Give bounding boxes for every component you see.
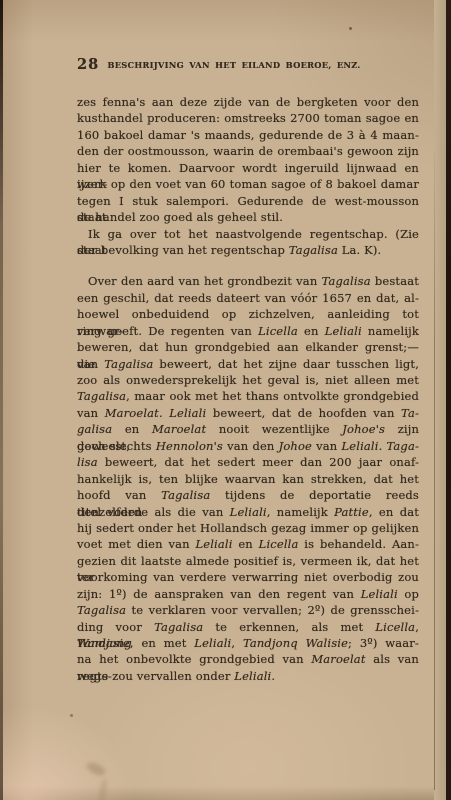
paragraph: zes fenna's aan deze zijde van de bergke… <box>77 94 419 226</box>
text-line: hoewel onbeduidend op zichzelven, aanlei… <box>77 306 419 322</box>
page-edge-band <box>434 0 446 800</box>
page-header: 28 BESCHRIJVING VAN HET EILAND BOEROE, E… <box>77 56 419 74</box>
text-line: tegen I stuk salempori. Gedurende de wes… <box>77 193 419 209</box>
page-right-edge <box>446 0 451 800</box>
text-line: een geschil, dat reeds dateert van vóór … <box>77 290 419 306</box>
text-line: beweren, dat hun grondgebied aan elkande… <box>77 339 419 355</box>
page-left-edge <box>0 0 3 800</box>
text-line: lisa beweert, dat het sedert meer dan 20… <box>77 454 419 470</box>
paragraph: Ik ga over tot het naastvolgende regents… <box>77 226 419 259</box>
text-line: hier te komen. Daarvoor wordt ingeruild … <box>77 160 419 176</box>
ink-speck <box>349 27 352 30</box>
text-line: Tagalisa, maar ook met het thans ontvolk… <box>77 388 419 404</box>
running-title: BESCHRIJVING VAN HET EILAND BOEROE, ENZ. <box>103 60 419 70</box>
text-line: kusthandel produceren: omstreeks 2700 to… <box>77 110 419 126</box>
text-line: zoo als onwedersprekelijk het geval is, … <box>77 372 419 388</box>
text-line: na het onbevolkte grondgebied van Maroel… <box>77 651 419 667</box>
text-line: ding voor Tagalisa te erkennen, als met … <box>77 619 419 635</box>
text-line: Over den aard van het grondbezit van Tag… <box>77 273 419 289</box>
ink-speck <box>70 714 73 717</box>
text-line: der bevolking van het regentschap Tagali… <box>77 242 419 258</box>
paragraph: Over den aard van het grondbezit van Tag… <box>77 273 419 684</box>
text-line: van Maroelat. Leliali beweert, dat de ho… <box>77 405 419 421</box>
text-line: wege zou vervallen onder Leliali. <box>77 668 419 684</box>
text-line: hankelijk is, ten blijke waarvan kan str… <box>77 471 419 487</box>
scanned-book-page: 28 BESCHRIJVING VAN HET EILAND BOEROE, E… <box>0 0 451 800</box>
text-line: voorkoming van verdere verwarring niet o… <box>77 569 419 585</box>
text-line: de handel zoo goed als geheel stil. <box>77 209 419 225</box>
text-line: Wamasie, en met Leliali, Tandjonq Walisi… <box>77 635 419 651</box>
text-line: zes fenna's aan deze zijde van de bergke… <box>77 94 419 110</box>
text-line: Tagalisa te verklaren voor vervallen; 2º… <box>77 602 419 618</box>
text-line: zijn: 1º) de aanspraken van den regent v… <box>77 586 419 602</box>
text-block: zes fenna's aan deze zijde van de bergke… <box>77 94 419 684</box>
text-line: 160 bakoel damar 's maands, gedurende de… <box>77 127 419 143</box>
text-line: gezien dit laatste almede positief is, v… <box>77 553 419 569</box>
text-line: doch slechts Hennolon's van den Johoe va… <box>77 438 419 454</box>
text-line: ring geeft. De regenten van Licella en L… <box>77 323 419 339</box>
text-line: Ik ga over tot het naastvolgende regents… <box>77 226 419 242</box>
text-line: titel voerde als die van Leliali, nameli… <box>77 504 419 520</box>
text-line: hij sedert onder het Hollandsch gezag im… <box>77 520 419 536</box>
text-line: voet met dien van Leliali en Licella is … <box>77 536 419 552</box>
paper-stain <box>98 778 108 800</box>
text-line: den der oostmousson, waarin de orembaai'… <box>77 143 419 159</box>
page-number: 28 <box>77 56 99 73</box>
text-line: van Tagalisa beweert, dat het zijne daar… <box>77 356 419 372</box>
text-line: galisa en Maroelat nooit wezentlijke Joh… <box>77 421 419 437</box>
text-line: hoofd van Tagalisa tijdens de deportatie… <box>77 487 419 503</box>
page-crease <box>434 150 436 790</box>
paper-stain <box>85 760 107 778</box>
text-line: werk op den voet van 60 toman sagoe of 8… <box>77 176 419 192</box>
